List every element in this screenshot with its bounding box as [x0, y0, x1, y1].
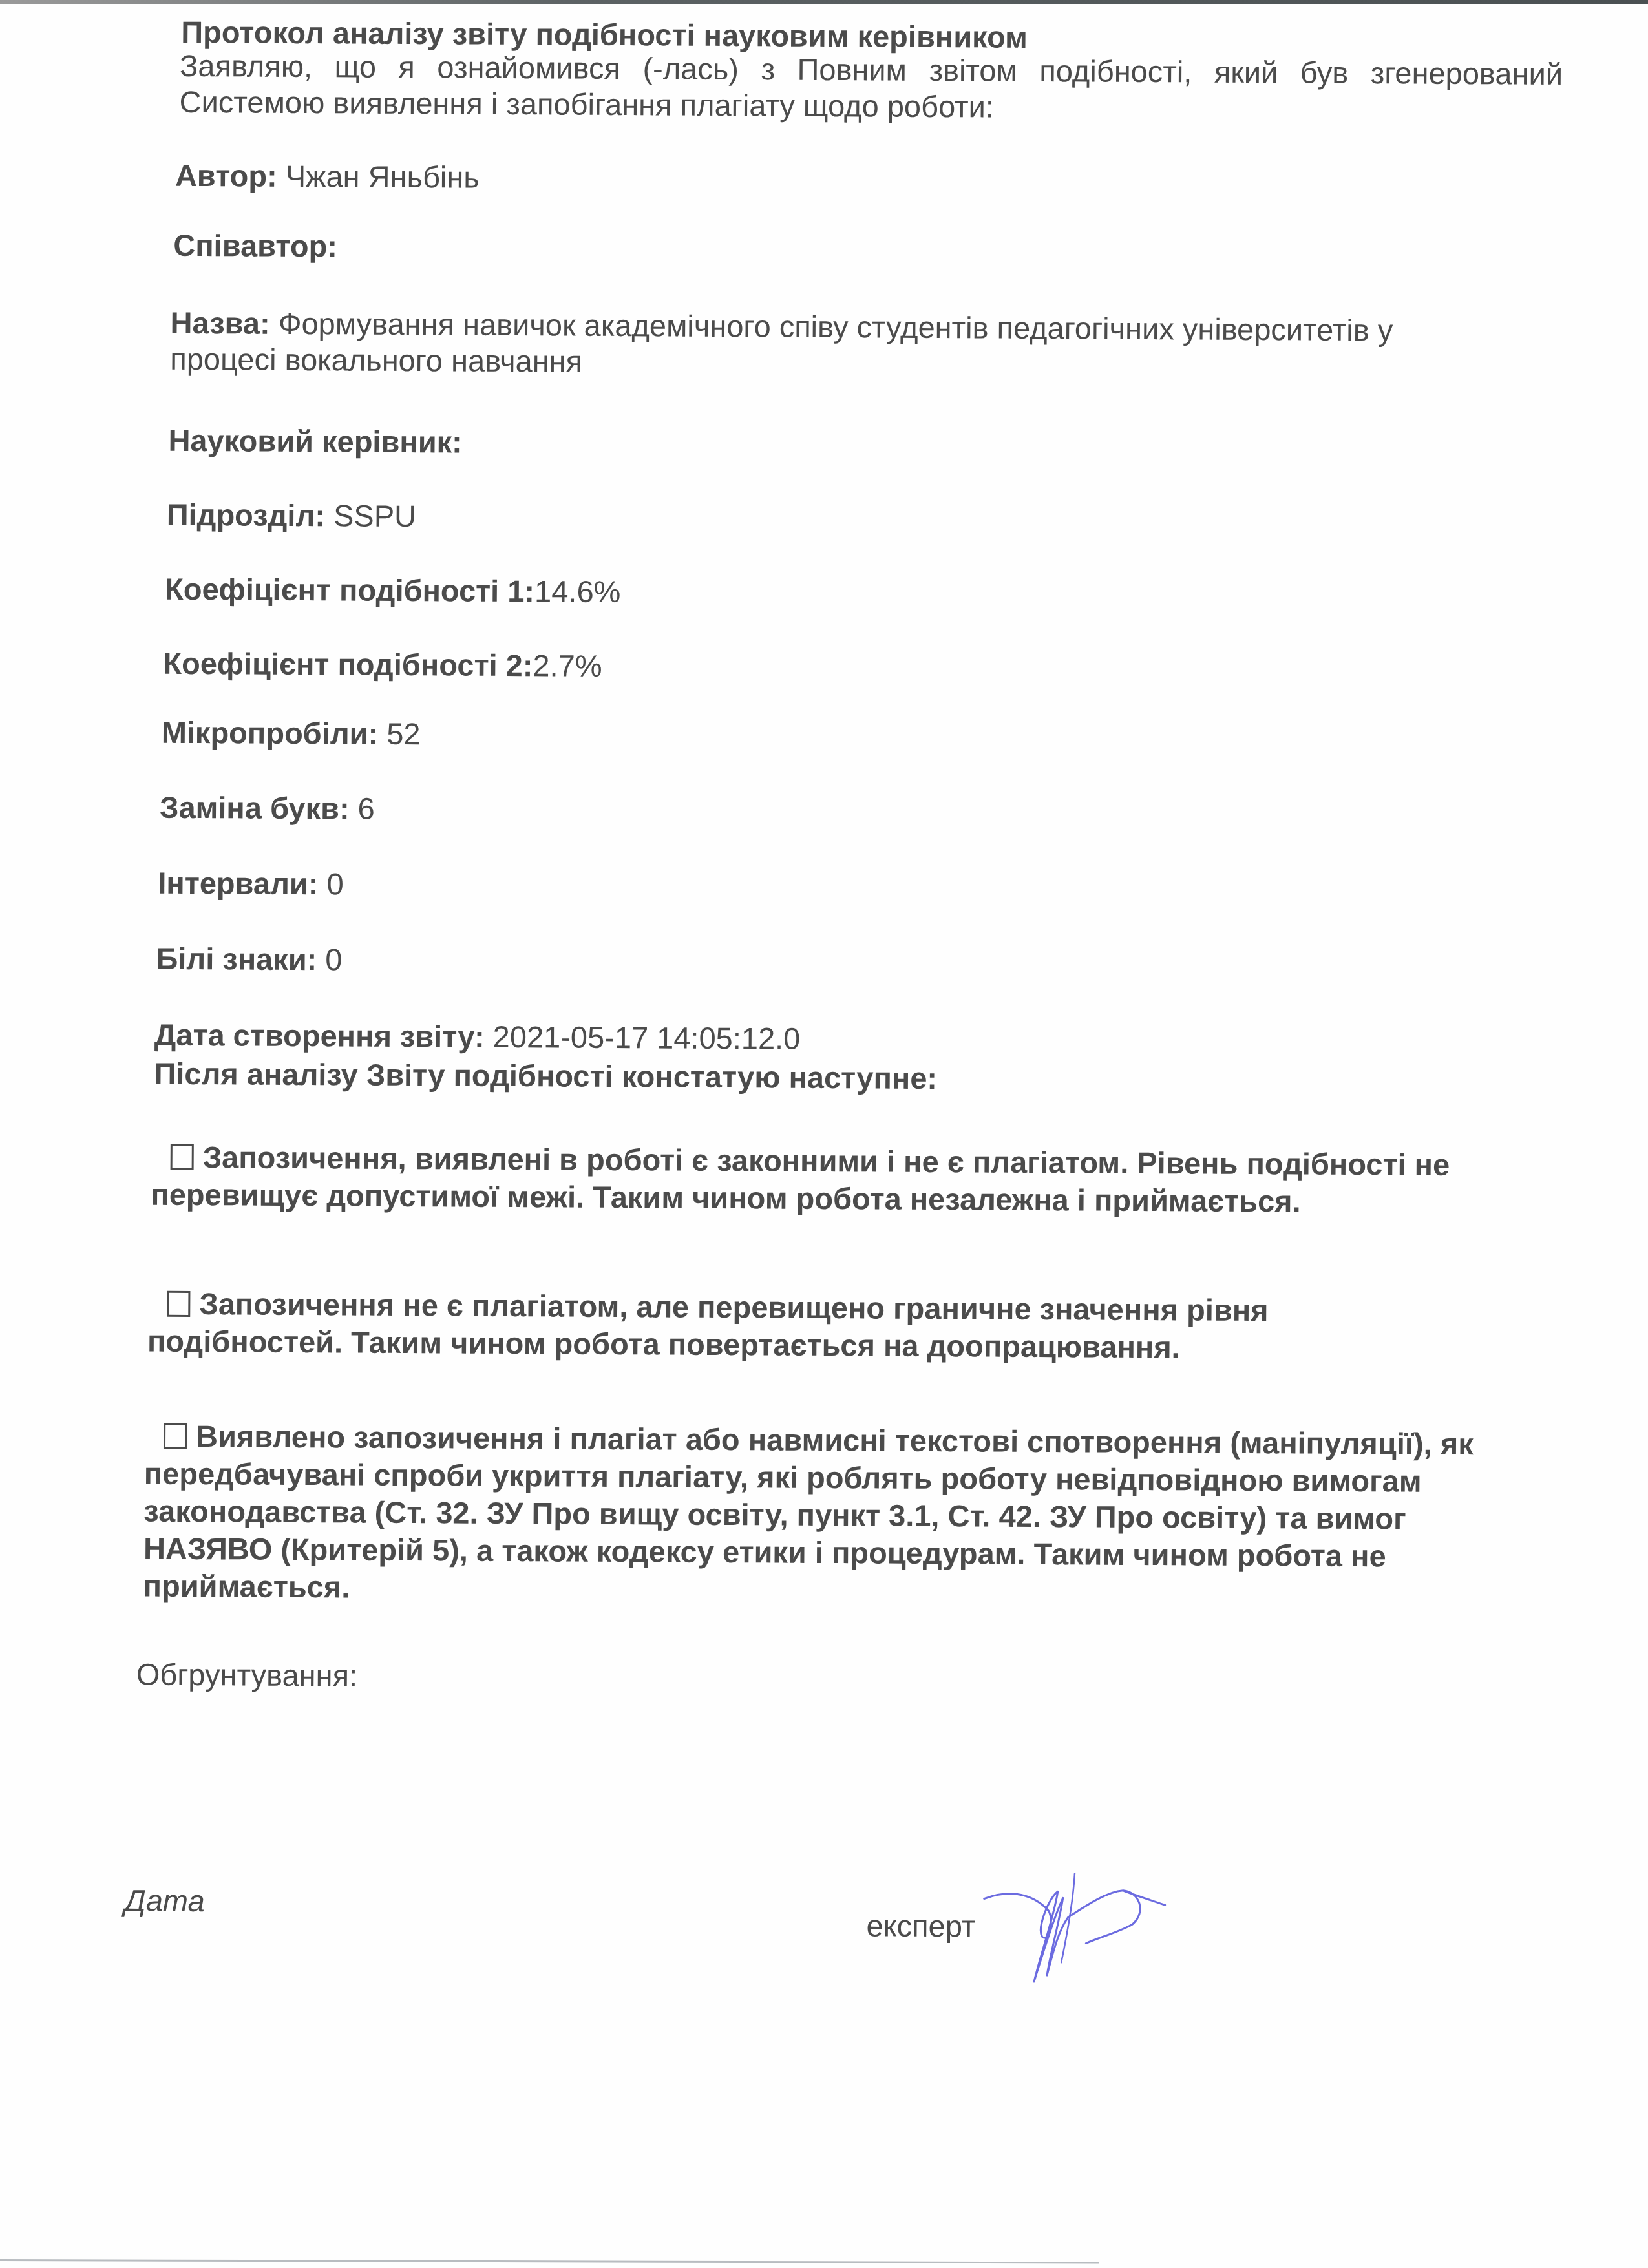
field-value: SSPU — [325, 498, 416, 533]
expert-signature — [977, 1871, 1191, 1989]
field-value: 2021-05-17 14:05:12.0 — [484, 1020, 800, 1056]
field-value: 0 — [318, 866, 344, 901]
field-department: Підрозділ: SSPU — [167, 497, 417, 534]
field-label: Коефіцієнт подібності 2: — [163, 646, 533, 682]
protocol-page: Протокол аналізу звіту подібності науков… — [0, 0, 1648, 2268]
field-coauthor: Співавтор: — [173, 227, 337, 265]
field-label: Співавтор: — [173, 228, 337, 264]
field-label: Підрозділ: — [167, 498, 326, 532]
field-intervals: Інтервали: 0 — [158, 865, 344, 903]
field-label: Білі знаки: — [156, 941, 317, 977]
field-value: Чжан Яньбінь — [277, 159, 480, 194]
checkbox-rejected[interactable] — [164, 1423, 187, 1449]
field-value: Формування навичок академічного співу ст… — [170, 306, 1393, 379]
option-accepted[interactable]: Запозичення, виявлені в роботі є законни… — [151, 1139, 1521, 1222]
field-supervisor: Науковий керівник: — [168, 423, 462, 461]
field-white-characters: Білі знаки: 0 — [156, 941, 342, 978]
expert-label: експерт — [866, 1907, 975, 1944]
field-similarity-coefficient-1: Коефіцієнт подібності 1:14.6% — [165, 571, 621, 610]
field-title: Назва: Формування навичок академічного с… — [170, 305, 1495, 386]
field-label: Інтервали: — [158, 866, 318, 901]
checkbox-accepted[interactable] — [171, 1144, 194, 1170]
field-value: 2.7% — [533, 648, 602, 683]
date-label: Дата — [125, 1882, 205, 1919]
justification-label: Обгрунтування: — [136, 1657, 358, 1694]
field-similarity-coefficient-2: Коефіцієнт подібності 2:2.7% — [163, 646, 602, 684]
field-label: Мікропробіли: — [162, 715, 379, 751]
option-revision[interactable]: Запозичення не є плагіатом, але перевище… — [147, 1285, 1376, 1368]
field-label: Автор: — [175, 158, 277, 193]
field-value: 6 — [349, 792, 375, 826]
field-label: Науковий керівник: — [168, 423, 462, 459]
intro-statement: Заявляю, що я ознайомився (-лась) з Повн… — [180, 48, 1563, 129]
field-value: 14.6% — [534, 574, 621, 609]
field-value: 0 — [317, 942, 343, 976]
option-rejected[interactable]: Виявлено запозичення і плагіат або навми… — [143, 1418, 1521, 1613]
field-microspaces: Мікропробіли: 52 — [162, 715, 421, 752]
checkbox-revision[interactable] — [167, 1291, 190, 1317]
field-value: 52 — [378, 717, 421, 751]
field-label: Коефіцієнт подібності 1: — [165, 572, 534, 608]
field-author: Автор: Чжан Яньбінь — [175, 158, 480, 196]
field-label: Дата створення звіту: — [154, 1018, 485, 1054]
option-text: Запозичення не є плагіатом, але перевище… — [147, 1286, 1269, 1364]
field-report-date: Дата створення звіту: 2021-05-17 14:05:1… — [154, 1017, 801, 1057]
field-label: Назва: — [170, 306, 269, 341]
conclusion-heading: Після аналізу Звіту подібності констатую… — [154, 1056, 937, 1097]
option-text: Виявлено запозичення і плагіат або навми… — [143, 1419, 1474, 1604]
field-label: Заміна букв: — [160, 790, 350, 826]
option-text: Запозичення, виявлені в роботі є законни… — [151, 1140, 1450, 1218]
field-letter-replacement: Заміна букв: 6 — [160, 790, 375, 827]
